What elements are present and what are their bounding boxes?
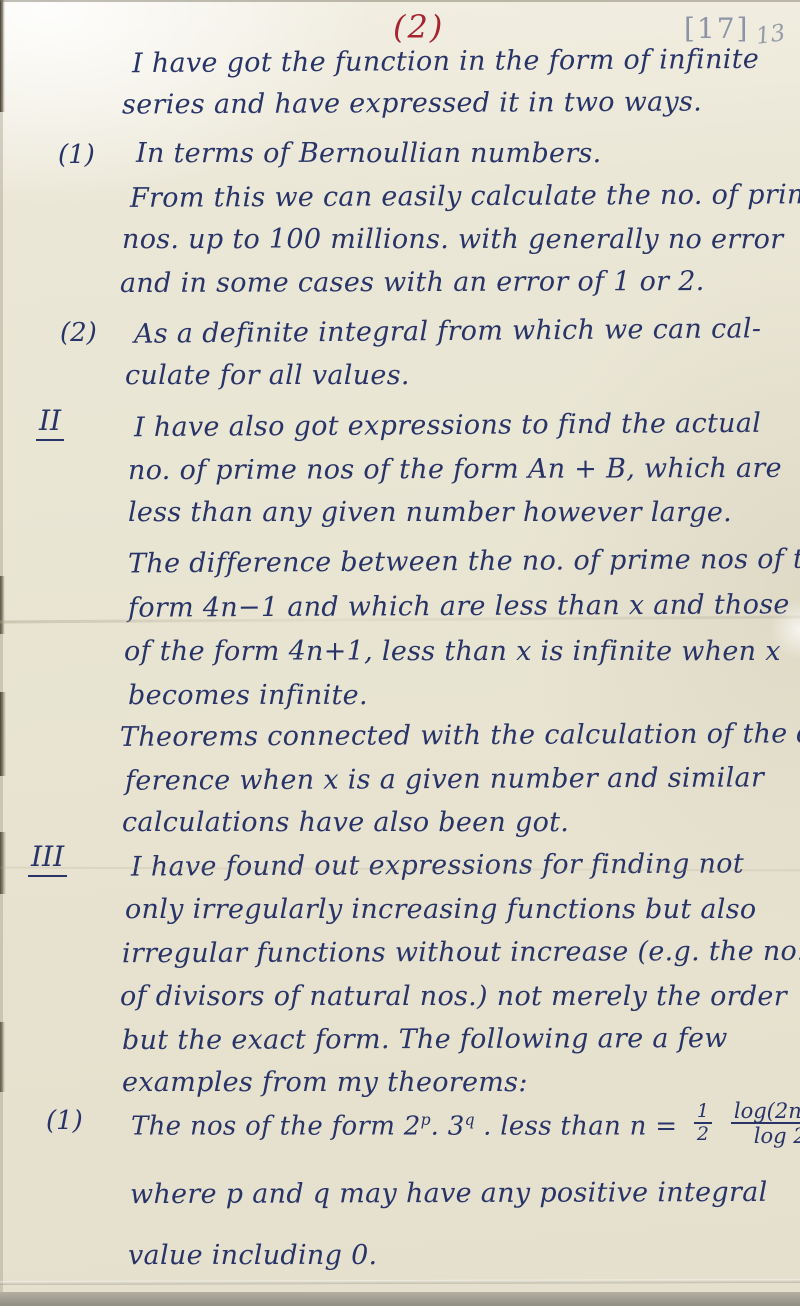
margin-marker-2: (2) <box>60 318 97 348</box>
paper-left-edge <box>0 0 3 1306</box>
manuscript-line: less than any given number however large… <box>128 499 732 526</box>
manuscript-line: but the exact form. The following are a … <box>122 1025 728 1054</box>
manuscript-page: (2) [17] 13 (1) (2) II III (1) I have go… <box>0 0 800 1306</box>
manuscript-line: value including 0. <box>128 1242 377 1269</box>
manuscript-line: The difference between the no. of prime … <box>128 546 800 578</box>
manuscript-line: nos. up to 100 millions. with generally … <box>122 226 783 253</box>
paper-bottom-edge <box>0 1292 800 1306</box>
margin-marker-roman-ii: II <box>36 404 64 441</box>
manuscript-line: only irregularly increasing functions bu… <box>125 896 756 923</box>
formula-exponent-q: q <box>465 1111 475 1129</box>
paper-edge-shadow <box>0 832 6 894</box>
paper-crease <box>0 1279 800 1285</box>
manuscript-line: examples from my theorems: <box>122 1069 528 1096</box>
formula-half-fraction: 12 <box>694 1102 712 1145</box>
manuscript-line: series and have expressed it in two ways… <box>122 88 702 118</box>
manuscript-line: I have found out expressions for finding… <box>131 850 744 880</box>
manuscript-line: of the form 4n+1, less than x is infinit… <box>124 638 781 665</box>
formula-prefix: The nos of the form 2 <box>131 1112 421 1142</box>
margin-marker-1: (1) <box>58 140 95 170</box>
manuscript-line: irregular functions without increase (e.… <box>122 938 800 967</box>
paper-edge-shadow <box>0 576 5 634</box>
manuscript-line: and in some cases with an error of 1 or … <box>120 268 705 297</box>
manuscript-line: I have also got expressions to find the … <box>134 410 761 441</box>
manuscript-line: As a definite integral from which we can… <box>134 315 761 347</box>
manuscript-line: culate for all values. <box>125 362 410 389</box>
paper-edge-shadow <box>0 0 5 112</box>
paper-edge-shadow <box>0 692 6 776</box>
formula-infix: . less than n = <box>483 1112 677 1142</box>
manuscript-line: becomes infinite. <box>128 682 368 709</box>
paper-edge-shadow <box>0 1022 5 1092</box>
manuscript-line: calculations have also been got. <box>122 809 569 836</box>
paper-top-edge <box>0 0 800 2</box>
manuscript-line: no. of prime nos of the form An + B, whi… <box>128 455 782 484</box>
fraction-denominator: log 2 log 3 <box>731 1122 800 1147</box>
manuscript-line: I have got the function in the form of i… <box>132 46 759 77</box>
manuscript-line: where p and q may have any positive inte… <box>130 1179 768 1208</box>
formula-log-fraction: log(2n)log(3n)log 2 log 3 <box>731 1100 800 1147</box>
folio-mark: [17] <box>684 12 749 45</box>
margin-marker-roman-iii: III <box>28 840 67 877</box>
fraction-denominator: 2 <box>694 1122 712 1145</box>
manuscript-line: In terms of Bernoullian numbers. <box>136 140 602 167</box>
formula-mid: . 3 <box>431 1112 465 1142</box>
manuscript-line: From this we can easily calculate the no… <box>130 181 800 212</box>
manuscript-line: ference when x is a given number and sim… <box>125 764 764 794</box>
margin-marker-3: (1) <box>46 1106 83 1136</box>
page-number: (2) <box>393 8 444 46</box>
manuscript-line: form 4n−1 and which are less than x and … <box>128 591 790 621</box>
manuscript-line: of divisors of natural nos.) not merely … <box>120 983 787 1010</box>
fraction-numerator: 1 <box>694 1102 712 1122</box>
formula-exponent-p: p <box>421 1111 431 1129</box>
fraction-numerator: log(2n)log(3n) <box>731 1100 800 1122</box>
formula-line: The nos of the form 2p. 3q . less than n… <box>131 1104 800 1151</box>
manuscript-line: Theorems connected with the calculation … <box>120 720 800 751</box>
folio-number: 13 <box>754 20 787 50</box>
